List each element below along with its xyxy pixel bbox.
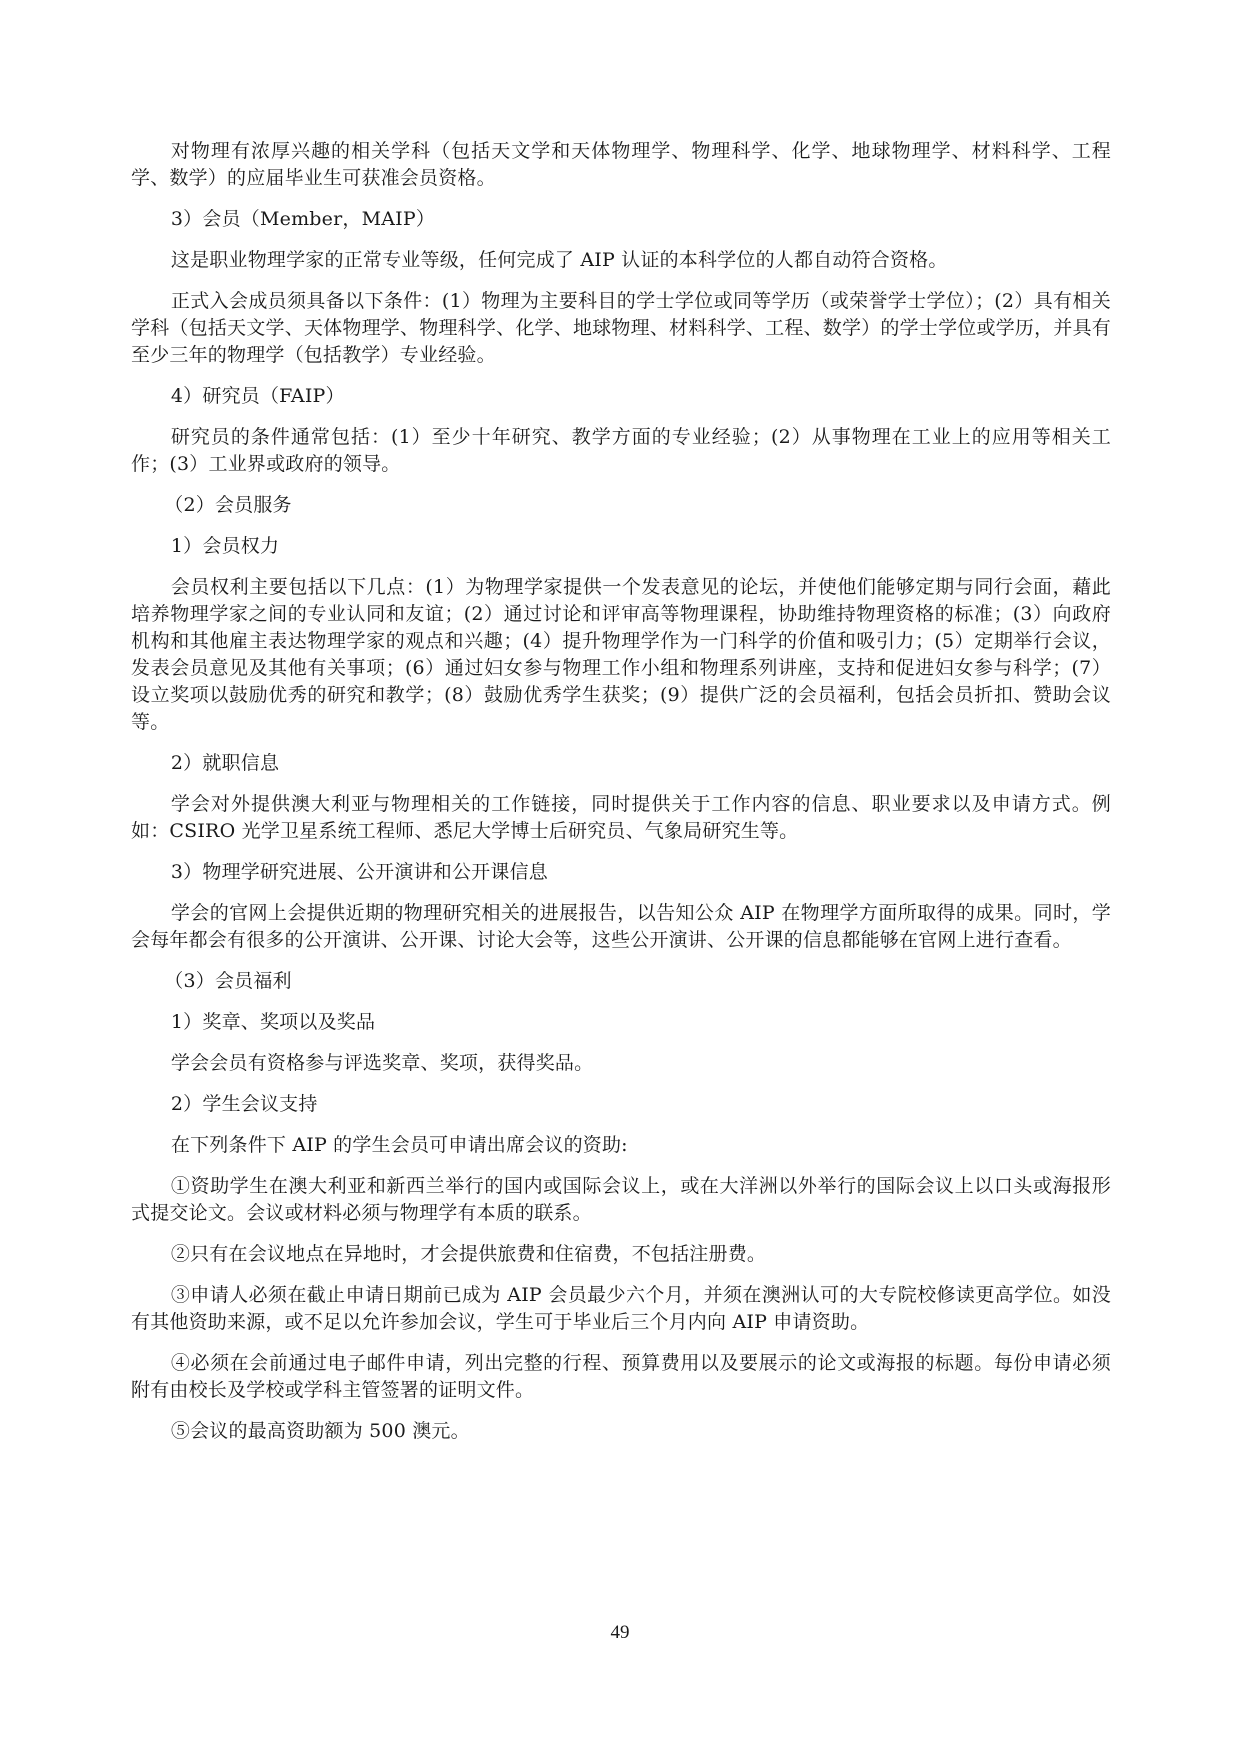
list-item-condition-4: ④必须在会前通过电子邮件申请，列出完整的行程、预算费用以及要展示的论文或海报的标…: [131, 1350, 1111, 1404]
heading-awards: 1）奖章、奖项以及奖品: [131, 1009, 1111, 1036]
heading-fellow: 4）研究员（FAIP）: [131, 383, 1111, 410]
list-item-condition-5: ⑤会议的最高资助额为 500 澳元。: [131, 1418, 1111, 1445]
paragraph-member-conditions: 正式入会成员须具备以下条件：(1）物理为主要科目的学士学位或同等学历（或荣誉学士…: [131, 288, 1111, 369]
paragraph-employment-info: 学会对外提供澳大利亚与物理相关的工作链接，同时提供关于工作内容的信息、职业要求以…: [131, 791, 1111, 845]
paragraph-support-intro: 在下列条件下 AIP 的学生会员可申请出席会议的资助:: [131, 1132, 1111, 1159]
paragraph-awards: 学会会员有资格参与评选奖章、奖项，获得奖品。: [131, 1050, 1111, 1077]
heading-member-rights: 1）会员权力: [131, 533, 1111, 560]
heading-student-conference-support: 2）学生会议支持: [131, 1091, 1111, 1118]
paragraph-member-level: 这是职业物理学家的正常专业等级，任何完成了 AIP 认证的本科学位的人都自动符合…: [131, 247, 1111, 274]
document-page: 对物理有浓厚兴趣的相关学科（包括天文学和天体物理学、物理科学、化学、地球物理学、…: [131, 138, 1111, 1459]
page-number: 49: [0, 1622, 1240, 1644]
list-item-condition-2: ②只有在会议地点在异地时，才会提供旅费和住宿费，不包括注册费。: [131, 1241, 1111, 1268]
heading-member-benefits: （3）会员福利: [131, 968, 1111, 995]
heading-member-services: （2）会员服务: [131, 492, 1111, 519]
list-item-condition-3: ③申请人必须在截止申请日期前已成为 AIP 会员最少六个月，并须在澳洲认可的大专…: [131, 1282, 1111, 1336]
heading-research-progress: 3）物理学研究进展、公开演讲和公开课信息: [131, 859, 1111, 886]
paragraph-member-rights: 会员权利主要包括以下几点：(1）为物理学家提供一个发表意见的论坛，并使他们能够定…: [131, 574, 1111, 736]
paragraph-student-eligibility: 对物理有浓厚兴趣的相关学科（包括天文学和天体物理学、物理科学、化学、地球物理学、…: [131, 138, 1111, 192]
heading-member: 3）会员（Member，MAIP）: [131, 206, 1111, 233]
list-item-condition-1: ①资助学生在澳大利亚和新西兰举行的国内或国际会议上，或在大洋洲以外举行的国际会议…: [131, 1173, 1111, 1227]
heading-employment-info: 2）就职信息: [131, 750, 1111, 777]
paragraph-fellow-conditions: 研究员的条件通常包括：(1）至少十年研究、教学方面的专业经验；(2）从事物理在工…: [131, 424, 1111, 478]
paragraph-research-progress: 学会的官网上会提供近期的物理研究相关的进展报告，以告知公众 AIP 在物理学方面…: [131, 900, 1111, 954]
